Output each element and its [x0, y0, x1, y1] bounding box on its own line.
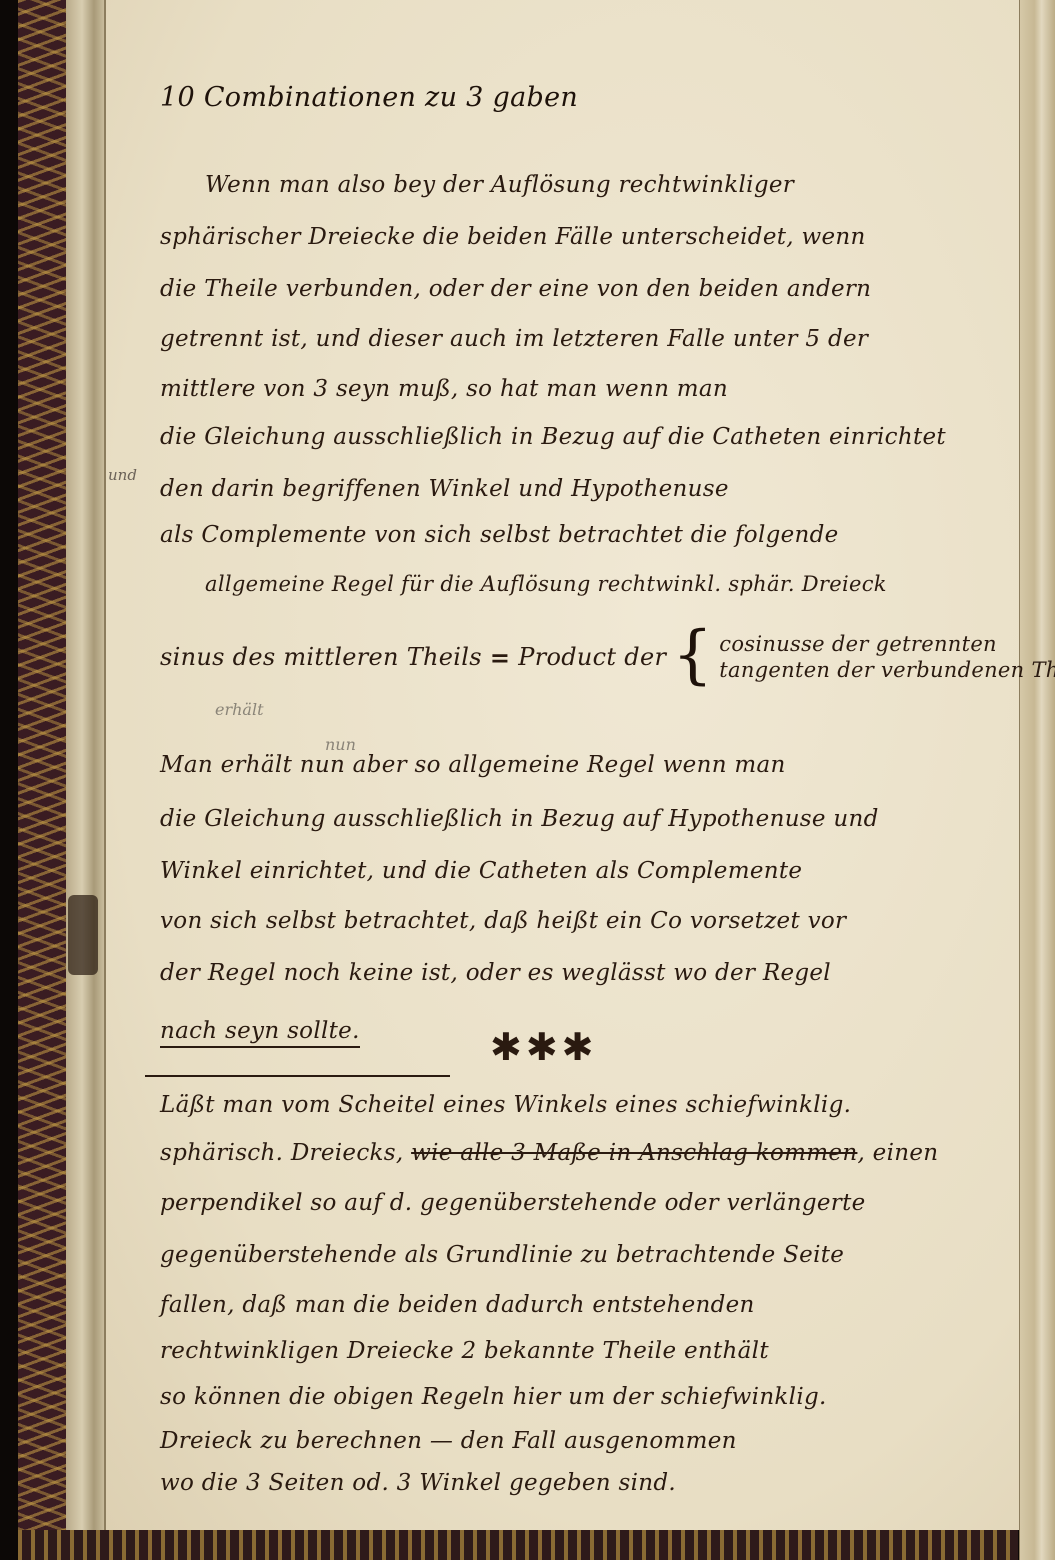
text-line: Winkel einrichtet, und die Catheten als … [160, 858, 1010, 884]
text-line: rechtwinkligen Dreiecke 2 bekannte Theil… [160, 1338, 1010, 1364]
margin-note: und [108, 466, 137, 484]
text-line: Dreieck zu berechnen — den Fall ausgenom… [160, 1428, 1010, 1454]
text-line: sphärischer Dreiecke die beiden Fälle un… [160, 224, 1010, 250]
formula-equals: = [490, 643, 510, 672]
book-binding-bottom [18, 1530, 1018, 1560]
text-line: als Complemente von sich selbst betracht… [160, 522, 1010, 548]
section-divider [145, 1075, 450, 1077]
formula-bottom: tangenten der verbundenen Theil. [719, 657, 1055, 683]
text-line-part: , einen [857, 1140, 938, 1166]
text-line: so können die obigen Regeln hier um der … [160, 1384, 1010, 1410]
pencil-note: erhält [215, 700, 264, 719]
formula-top: cosinusse der getrennten [719, 631, 1055, 657]
text-line: mittlere von 3 seyn muß, so hat man wenn… [160, 376, 1010, 402]
text-line: die Gleichung ausschließlich in Bezug au… [160, 806, 1010, 832]
text-line: Läßt man vom Scheitel eines Winkels eine… [160, 1092, 1010, 1118]
ink-stain [68, 895, 98, 975]
text-line: gegenüberstehende als Grundlinie zu betr… [160, 1242, 1010, 1268]
napier-rule-formula: sinus des mittleren Theils = Product der… [160, 625, 1010, 689]
text-line: von sich selbst betrachtet, daß heißt ei… [160, 908, 1010, 934]
text-line: die Theile verbunden, oder der eine von … [160, 276, 1010, 302]
text-line-underlined: nach seyn sollte. [160, 1018, 360, 1048]
book-binding-left [18, 0, 66, 1560]
text-line: allgemeine Regel für die Auflösung recht… [205, 572, 1055, 596]
text-line: fallen, daß man die beiden dadurch entst… [160, 1292, 1010, 1318]
text-line: den darin begriffenen Winkel und Hypothe… [160, 476, 1010, 502]
asterisk-marks-icon: ✱✱✱ [490, 1025, 598, 1069]
formula-lhs: sinus des mittleren Theils [160, 643, 482, 671]
text-line-part: sphärisch. Dreiecks, [160, 1140, 411, 1166]
page-heading: 10 Combinationen zu 3 gaben [160, 82, 1010, 113]
formula-mid: Product der [518, 643, 666, 671]
text-line: perpendikel so auf d. gegenüberstehende … [160, 1190, 1010, 1216]
text-line: sphärisch. Dreiecks, wie alle 3 Maße in … [160, 1140, 1010, 1166]
text-line: Wenn man also bey der Auflösung rechtwin… [205, 172, 1055, 198]
text-line: Man erhält nun aber so allgemeine Regel … [160, 752, 1010, 778]
page-gutter-edges [66, 0, 106, 1530]
page-fore-edge [1019, 0, 1055, 1560]
curly-brace-icon: { [672, 623, 713, 687]
text-line: der Regel noch keine ist, oder es wegläs… [160, 960, 1010, 986]
struck-text: wie alle 3 Maße in Anschlag kommen [411, 1140, 857, 1166]
text-line: getrennt ist, und dieser auch im letzter… [160, 326, 1010, 352]
text-line: die Gleichung ausschließlich in Bezug au… [160, 424, 1010, 450]
text-line: wo die 3 Seiten od. 3 Winkel gegeben sin… [160, 1470, 1010, 1496]
